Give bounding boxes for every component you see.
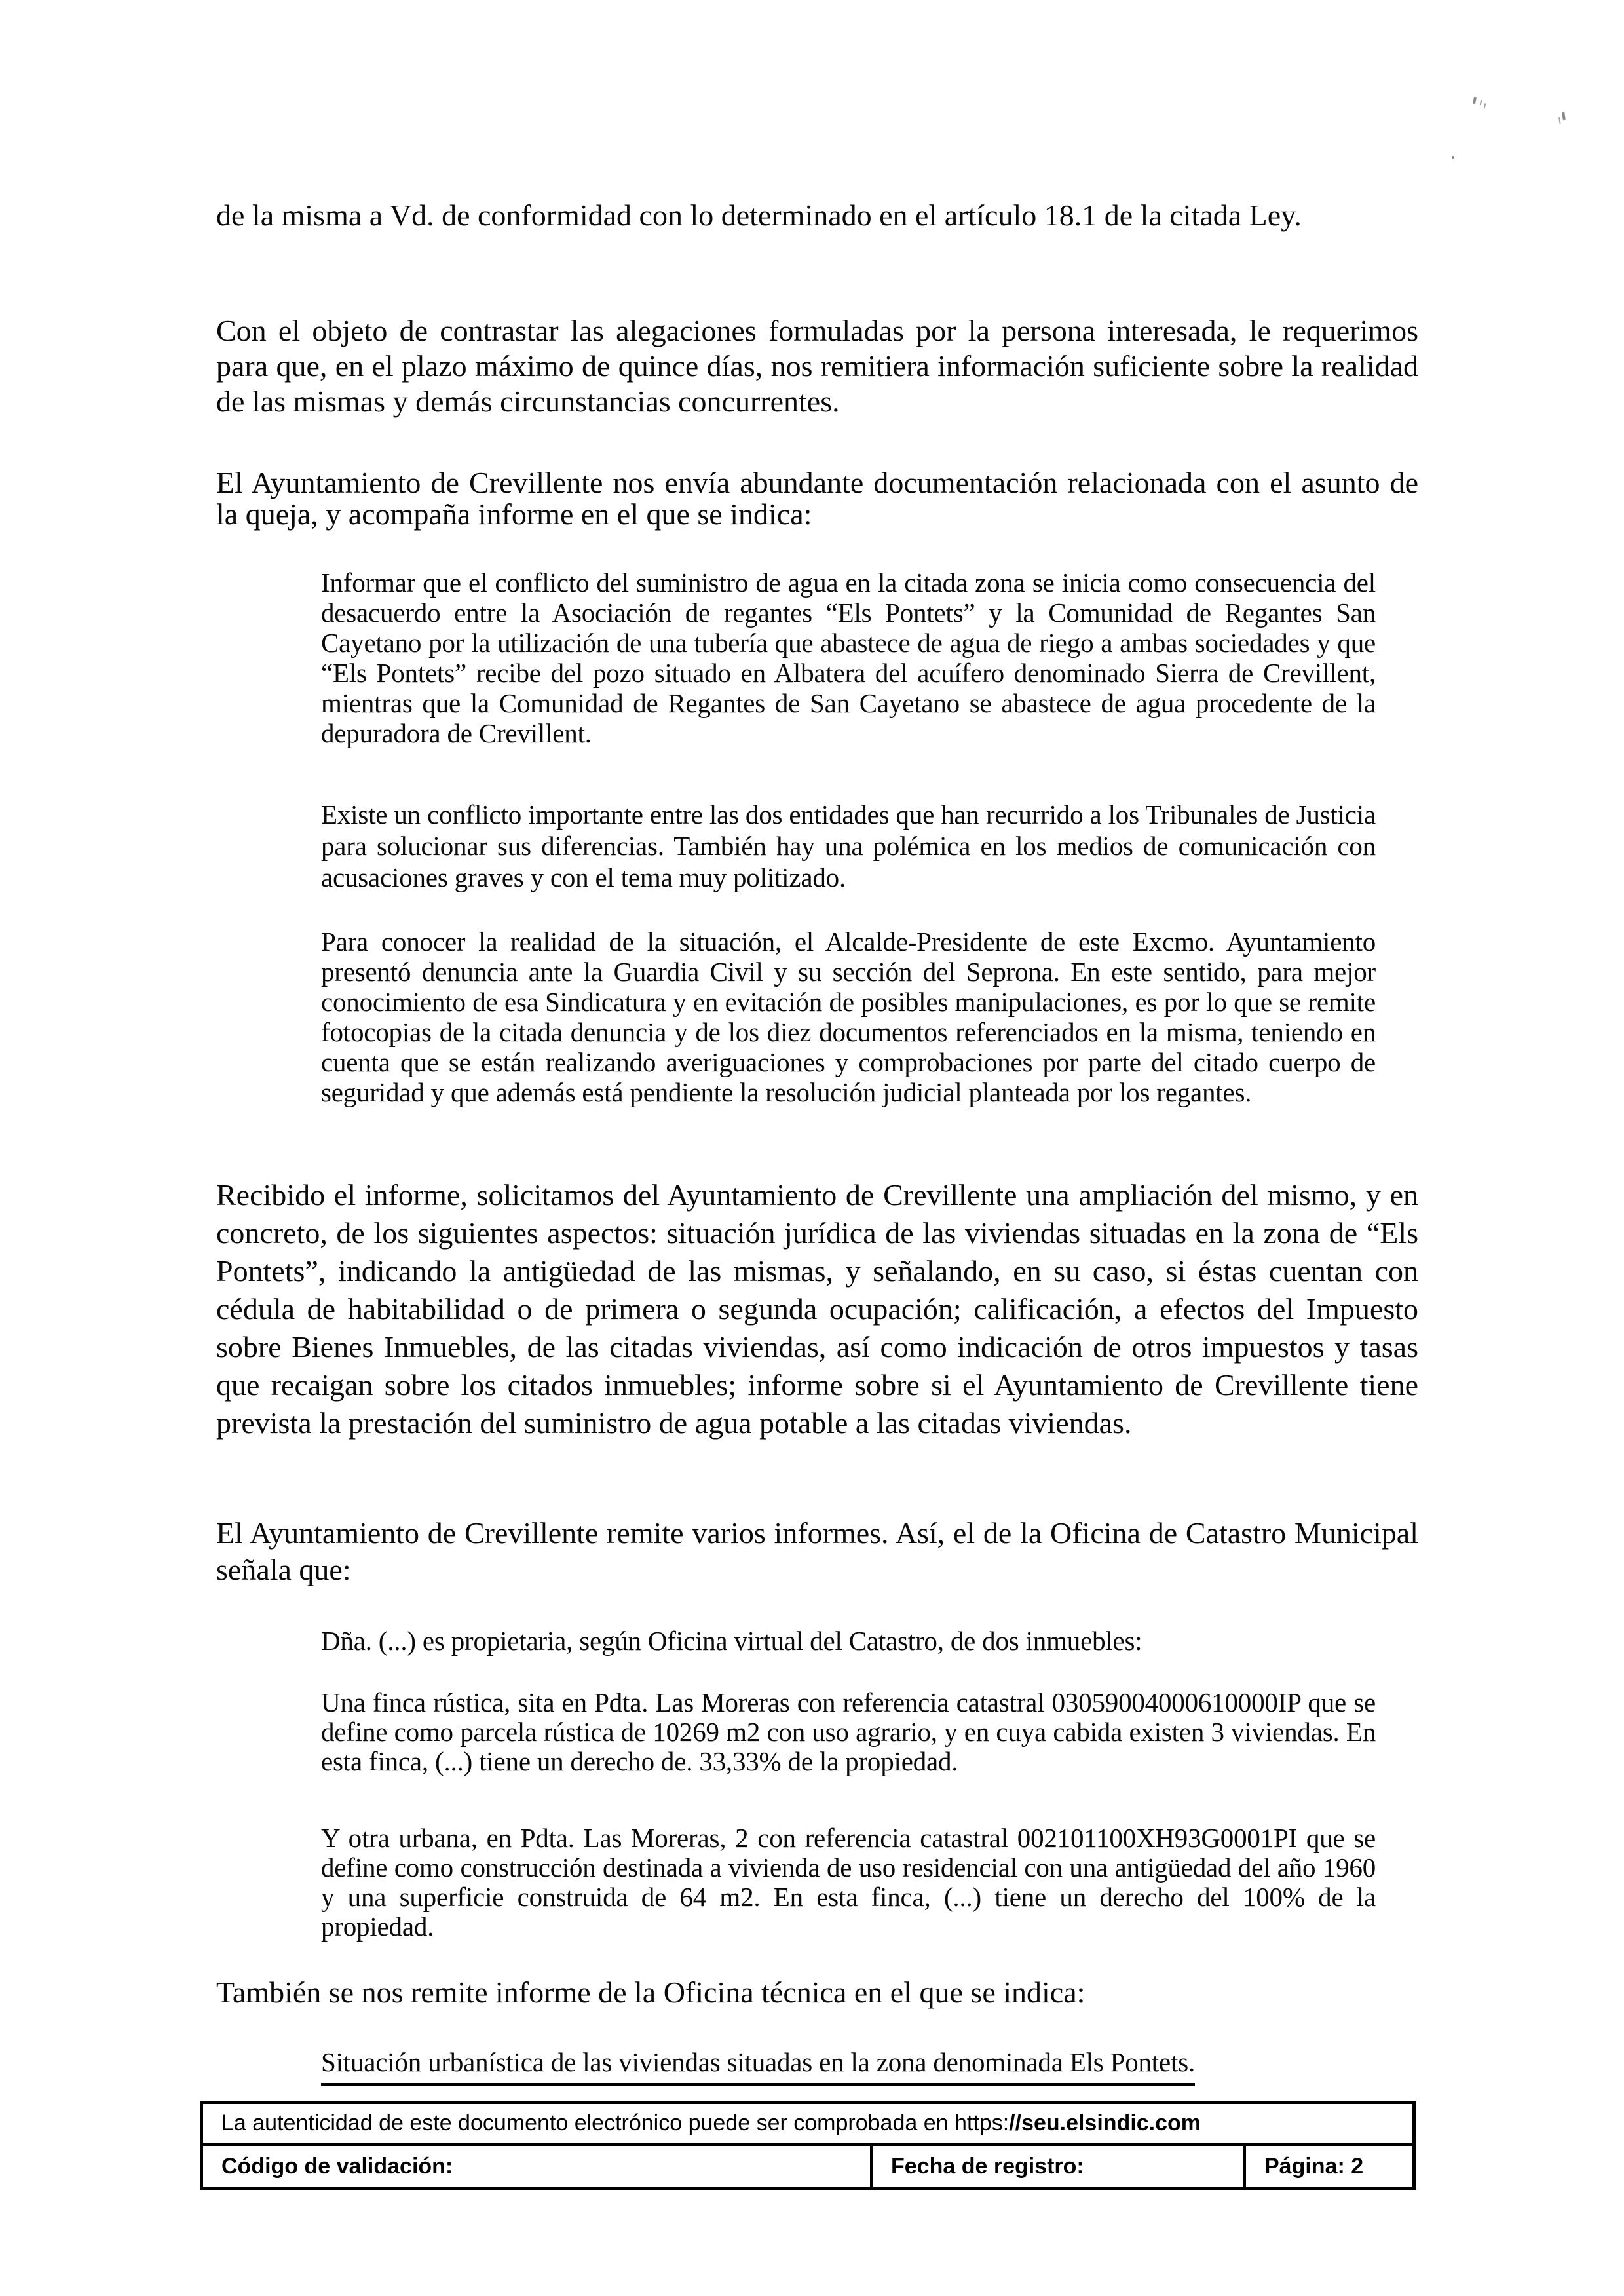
scan-artifact — [1452, 156, 1454, 159]
footer-page-number-label: Página: 2 — [1264, 2154, 1363, 2179]
heading-situacion-urbanistica: Situación urbanística de las viviendas s… — [321, 2047, 1376, 2086]
underlined-heading-text: Situación urbanística de las viviendas s… — [321, 2047, 1195, 2086]
quote-informar-conflicto-suministro: Informar que el conflicto del suministro… — [321, 567, 1376, 748]
quote-finca-rustica: Una finca rústica, sita en Pdta. Las Mor… — [321, 1688, 1376, 1776]
paragraph-informe-oficina-tecnica: También se nos remite informe de la Ofic… — [216, 1974, 1418, 2011]
scanned-document-page: de la misma a Vd. de conformidad con lo … — [0, 0, 1624, 2296]
footer-registration-date-label: Fecha de registro: — [891, 2154, 1084, 2179]
scan-artifact — [1473, 97, 1477, 104]
footer-page-number-cell: Página: 2 — [1246, 2146, 1412, 2187]
footer-validation-table: La autenticidad de este documento electr… — [200, 2101, 1416, 2190]
paragraph-contrastar-alegaciones: Con el objeto de contrastar las alegacio… — [216, 313, 1418, 419]
paragraph-oficina-catastro: El Ayuntamiento de Crevillente remite va… — [216, 1515, 1418, 1588]
footer-validation-code-cell: Código de validación: — [203, 2146, 873, 2187]
footer-authenticity-text: La autenticidad de este documento electr… — [221, 2111, 1009, 2136]
footer-registration-date-cell: Fecha de registro: — [873, 2146, 1246, 2187]
quote-denuncia-guardia-civil: Para conocer la realidad de la situación… — [321, 927, 1376, 1107]
quote-conflicto-tribunales: Existe un conflicto importante entre las… — [321, 799, 1376, 893]
footer-fields-row: Código de validación: Fecha de registro:… — [203, 2146, 1412, 2187]
footer-validation-code-label: Código de validación: — [221, 2154, 453, 2179]
quote-propietaria-dos-inmuebles: Dña. (...) es propietaria, según Oficina… — [321, 1626, 1376, 1656]
quote-finca-urbana: Y otra urbana, en Pdta. Las Moreras, 2 c… — [321, 1824, 1376, 1942]
footer-authenticity-domain: //seu.elsindic.com — [1009, 2111, 1201, 2136]
paragraph-conformidad-ley: de la misma a Vd. de conformidad con lo … — [216, 199, 1418, 233]
scan-artifact — [1562, 112, 1566, 120]
paragraph-ayuntamiento-envia-documentacion: El Ayuntamiento de Crevillente nos envía… — [216, 467, 1418, 530]
paragraph-recibido-informe-ampliacion: Recibido el informe, solicitamos del Ayu… — [216, 1176, 1418, 1442]
footer-authenticity-row: La autenticidad de este documento electr… — [203, 2104, 1412, 2146]
